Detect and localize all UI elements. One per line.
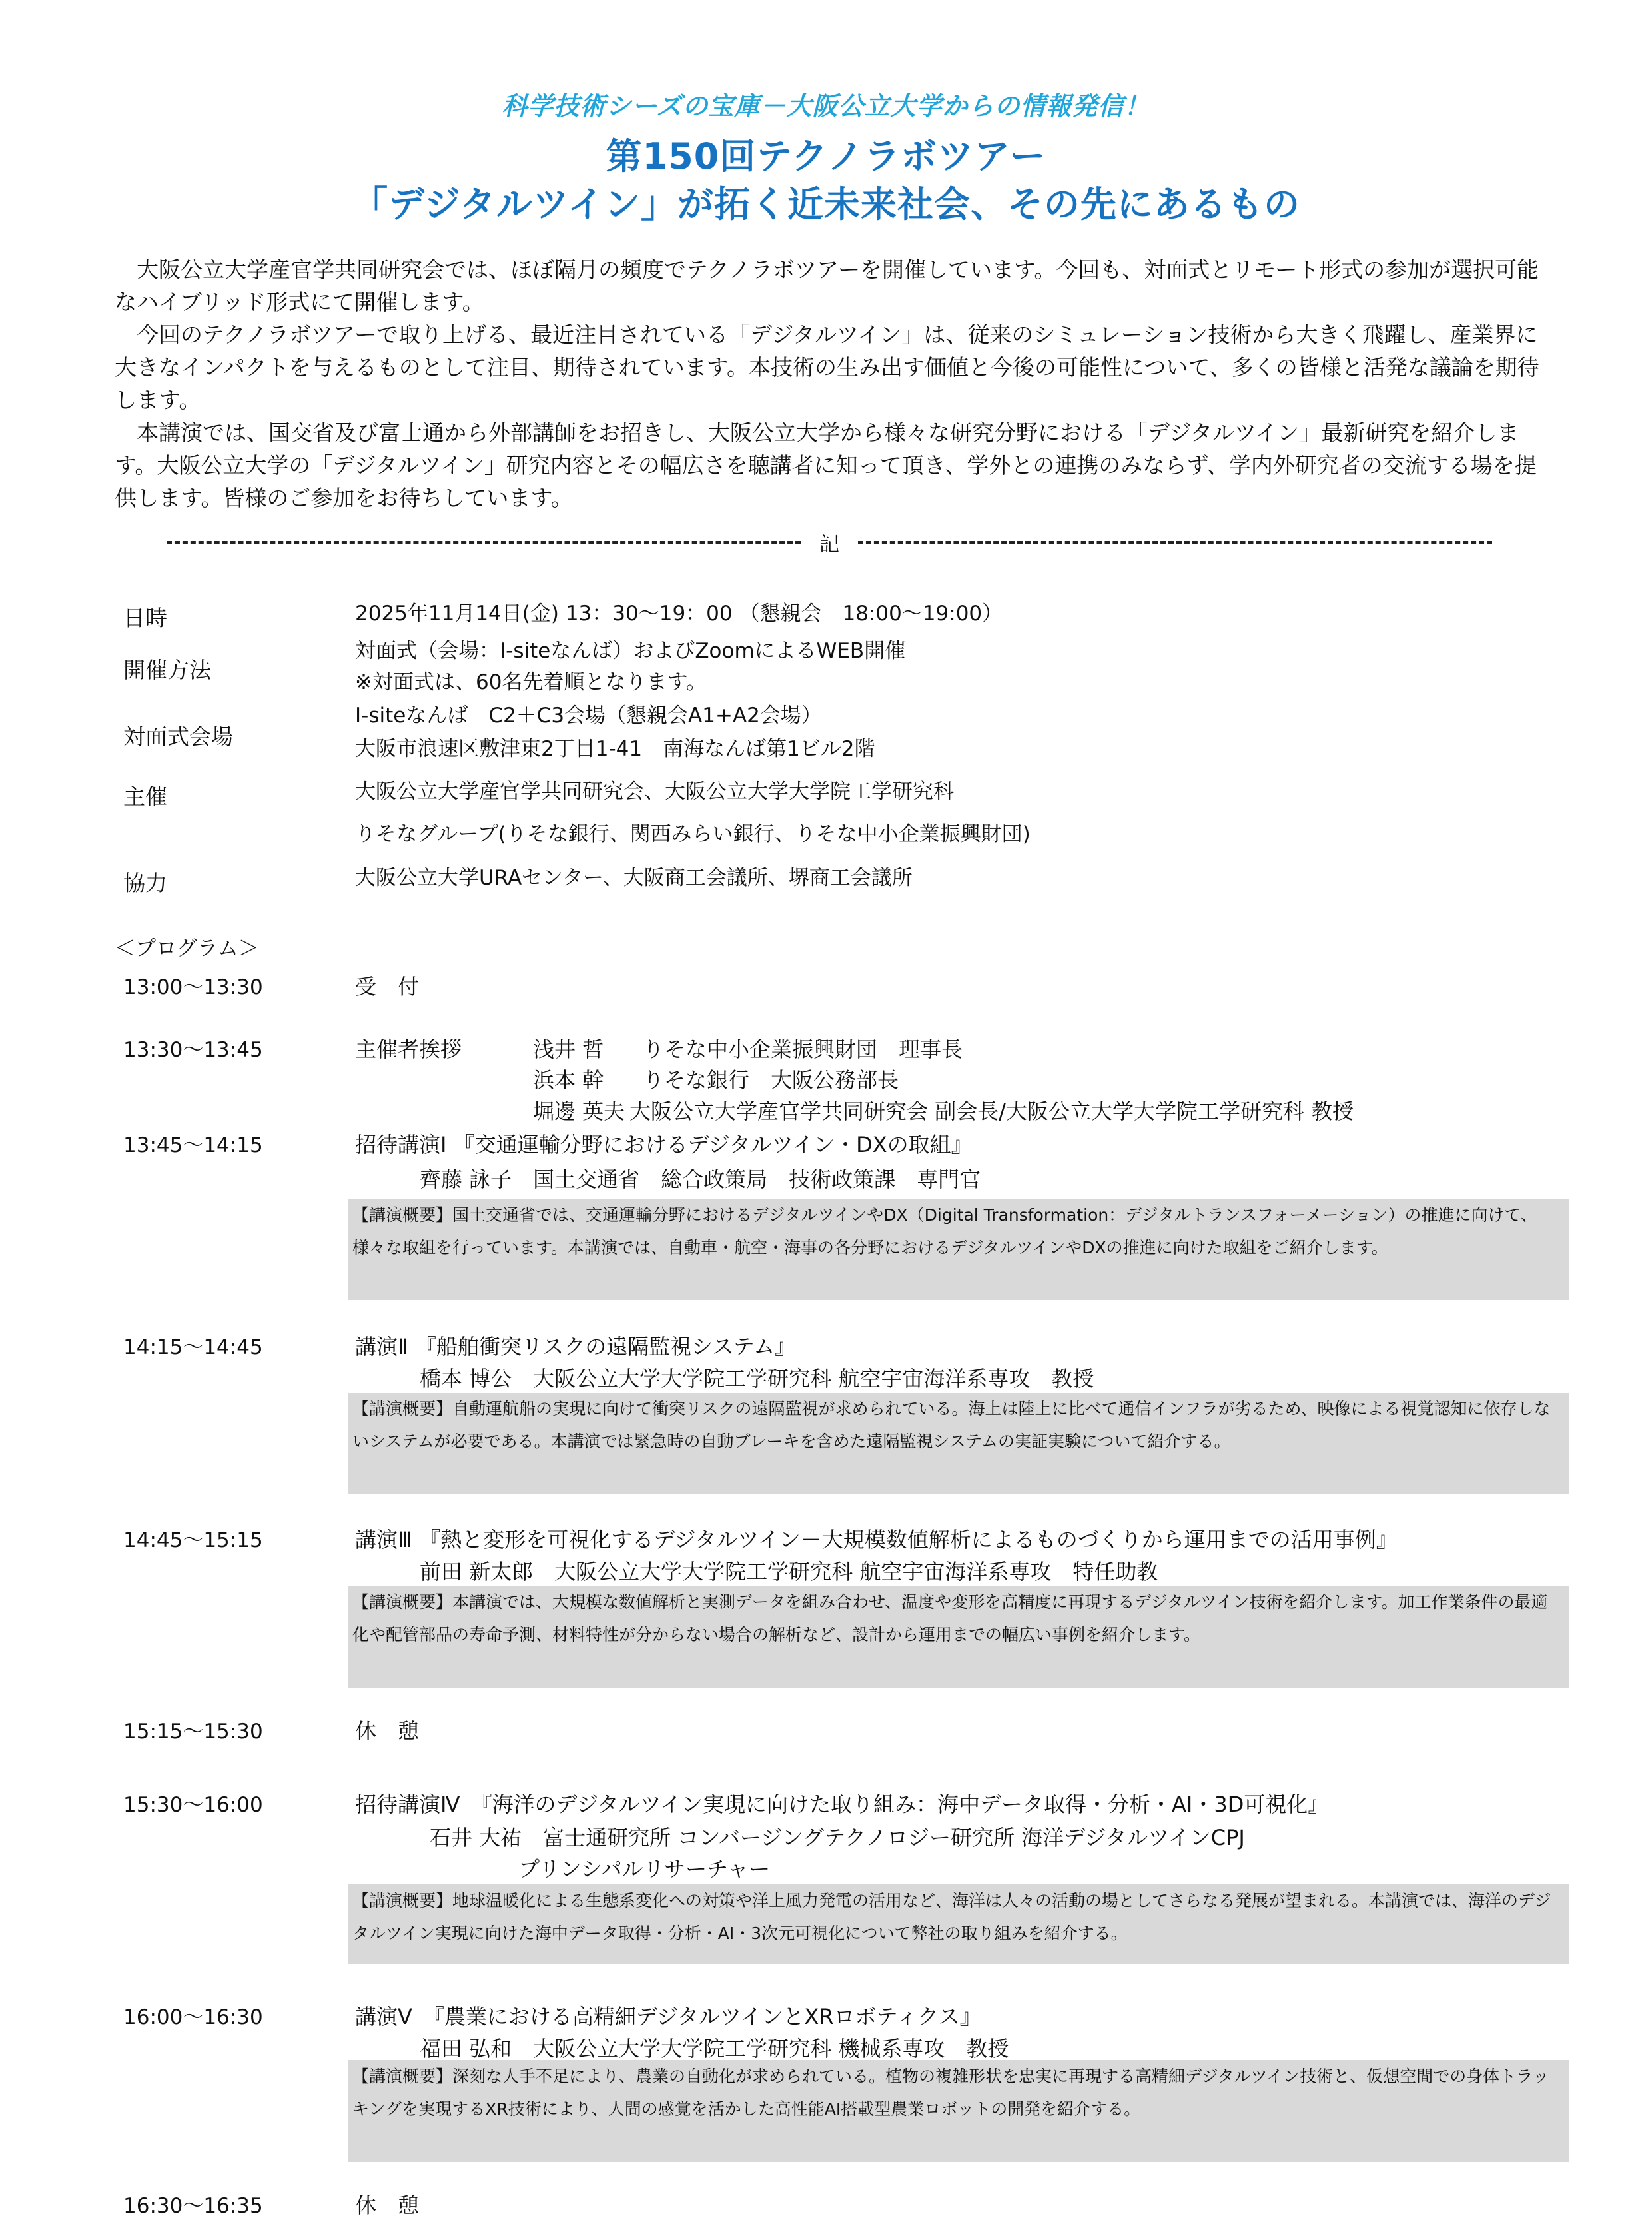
- lecture-speaker: 福田 弘和 大阪公立大学大学院工学研究科 機械系専攻 教授: [420, 2032, 1009, 2063]
- info-label-method: 開催方法: [123, 653, 211, 684]
- lecture-abstract: 【講演概要】地球温暖化による生態系変化への対策や洋上風力発電の活用など、海洋は人…: [348, 1884, 1569, 1964]
- info-value-venue-2: 大阪市浪速区敷津東2丁目1-41 南海なんば第1ビル2階: [355, 733, 875, 766]
- program-greeting: 主催者挨拶: [355, 1033, 462, 1063]
- lecture-title: 講演Ⅴ 『農業における高精細デジタルツインとXRロボティクス』: [355, 2000, 981, 2031]
- intro-text: 大阪公立大学産官学共同研究会では、ほぼ隔月の頻度でテクノラボツアーを開催していま…: [115, 253, 1553, 514]
- tagline: 科学技術シーズの宝庫－大阪公立大学からの情報発信！: [0, 85, 1652, 122]
- greeting-speaker-affiliation: 大阪公立大学産官学共同研究会 副会長/大阪公立大学大学院工学研究科 教授: [629, 1095, 1354, 1125]
- page-subtitle: 「デジタルツイン」が拓く近未来社会、その先にあるもの: [0, 176, 1652, 227]
- lecture-speaker-title: プリンシパルリサーチャー: [518, 1852, 770, 1883]
- lecture-title: 招待講演Ⅳ 『海洋のデジタルツイン実現に向けた取り組み：海中データ取得・分析・A…: [355, 1788, 1329, 1818]
- greeting-speaker-affiliation: りそな銀行 大阪公務部長: [643, 1063, 899, 1094]
- lecture-title: 招待講演Ⅰ 『交通運輸分野におけるデジタルツイン・DXの取組』: [355, 1128, 973, 1159]
- separator-label: 記: [801, 528, 858, 557]
- lecture-title: 講演Ⅱ 『船舶衝突リスクの遠隔監視システム』: [355, 1330, 796, 1361]
- program-time: 13:45～14:15: [123, 1128, 263, 1158]
- lecture-title: 講演Ⅲ 『熱と変形を可視化するデジタルツイン－大規模数値解析によるものづくりから…: [355, 1523, 1398, 1554]
- info-value-method-1: 対面式（会場：I-siteなんば）およびZoomによるWEB開催: [355, 635, 905, 668]
- info-value-venue-1: I-siteなんば C2＋C3会場（懇親会A1+A2会場）: [355, 700, 822, 732]
- info-label-datetime: 日時: [123, 601, 167, 632]
- program-time: 15:30～16:00: [123, 1788, 263, 1818]
- lecture-abstract: 【講演概要】国土交通省では、交通運輸分野におけるデジタルツインやDX（Digit…: [348, 1199, 1569, 1300]
- greeting-speaker-name: 浅井 哲: [533, 1033, 604, 1063]
- dashed-line-right: [858, 541, 1492, 544]
- info-value-cooperation: 大阪公立大学URAセンター、大阪商工会議所、堺商工会議所: [355, 862, 913, 895]
- lecture-speaker: 橋本 博公 大阪公立大学大学院工学研究科 航空宇宙海洋系専攻 教授: [420, 1362, 1094, 1393]
- program-time: 13:00～13:30: [123, 970, 263, 1000]
- info-value-host-2: りそなグループ(りそな銀行、関西みらい銀行、りそな中小企業振興財団): [355, 818, 1031, 851]
- greeting-speaker-affiliation: りそな中小企業振興財団 理事長: [643, 1033, 963, 1063]
- greeting-speaker-name: 浜本 幹: [533, 1063, 604, 1094]
- info-value-datetime: 2025年11月14日(金) 13：30～19：00 （懇親会 18:00～19…: [355, 598, 1003, 630]
- page-title: 第150回テクノラボツアー: [0, 128, 1652, 179]
- program-time: 16:00～16:30: [123, 2000, 263, 2030]
- lecture-speaker: 石井 大祐 富士通研究所 コンバージングテクノロジー研究所 海洋デジタルツインC…: [430, 1821, 1245, 1852]
- program-time: 14:45～15:15: [123, 1523, 263, 1553]
- intro-paragraph: 今回のテクノラボツアーで取り上げる、最近注目されている「デジタルツイン」は、従来…: [115, 318, 1553, 416]
- program-time: 16:30～16:35: [123, 2189, 263, 2219]
- info-label-venue: 対面式会場: [123, 720, 233, 751]
- program-break: 休 憩: [355, 1714, 419, 1745]
- lecture-speaker: 齊藤 詠子 国土交通省 総合政策局 技術政策課 専門官: [420, 1163, 981, 1193]
- lecture-speaker: 前田 新太郎 大阪公立大学大学院工学研究科 航空宇宙海洋系専攻 特任助教: [420, 1555, 1158, 1586]
- program-heading: ＜プログラム＞: [115, 931, 259, 961]
- lecture-abstract: 【講演概要】深刻な人手不足により、農業の自動化が求められている。植物の複雑形状を…: [348, 2060, 1569, 2162]
- info-value-host-1: 大阪公立大学産官学共同研究会、大阪公立大学大学院工学研究科: [355, 776, 954, 808]
- greeting-speaker-name: 堀邊 英夫: [533, 1095, 625, 1125]
- info-label-cooperation: 協力: [123, 866, 167, 897]
- info-value-method-2: ※対面式は、60名先着順となります。: [355, 666, 707, 699]
- program-time: 13:30～13:45: [123, 1033, 263, 1063]
- program-time: 15:15～15:30: [123, 1714, 263, 1744]
- intro-paragraph: 本講演では、国交省及び富士通から外部講師をお招きし、大阪公立大学から様々な研究分…: [115, 416, 1553, 514]
- program-break: 休 憩: [355, 2189, 419, 2219]
- program-reception: 受 付: [355, 970, 419, 1001]
- lecture-abstract: 【講演概要】自動運航船の実現に向けて衝突リスクの遠隔監視が求められている。海上は…: [348, 1393, 1569, 1494]
- separator: 記: [167, 528, 1492, 557]
- dashed-line-left: [167, 541, 801, 544]
- intro-paragraph: 大阪公立大学産官学共同研究会では、ほぼ隔月の頻度でテクノラボツアーを開催していま…: [115, 253, 1553, 318]
- program-time: 14:15～14:45: [123, 1330, 263, 1360]
- lecture-abstract: 【講演概要】本講演では、大規模な数値解析と実測データを組み合わせ、温度や変形を高…: [348, 1586, 1569, 1688]
- info-label-host: 主催: [123, 780, 167, 811]
